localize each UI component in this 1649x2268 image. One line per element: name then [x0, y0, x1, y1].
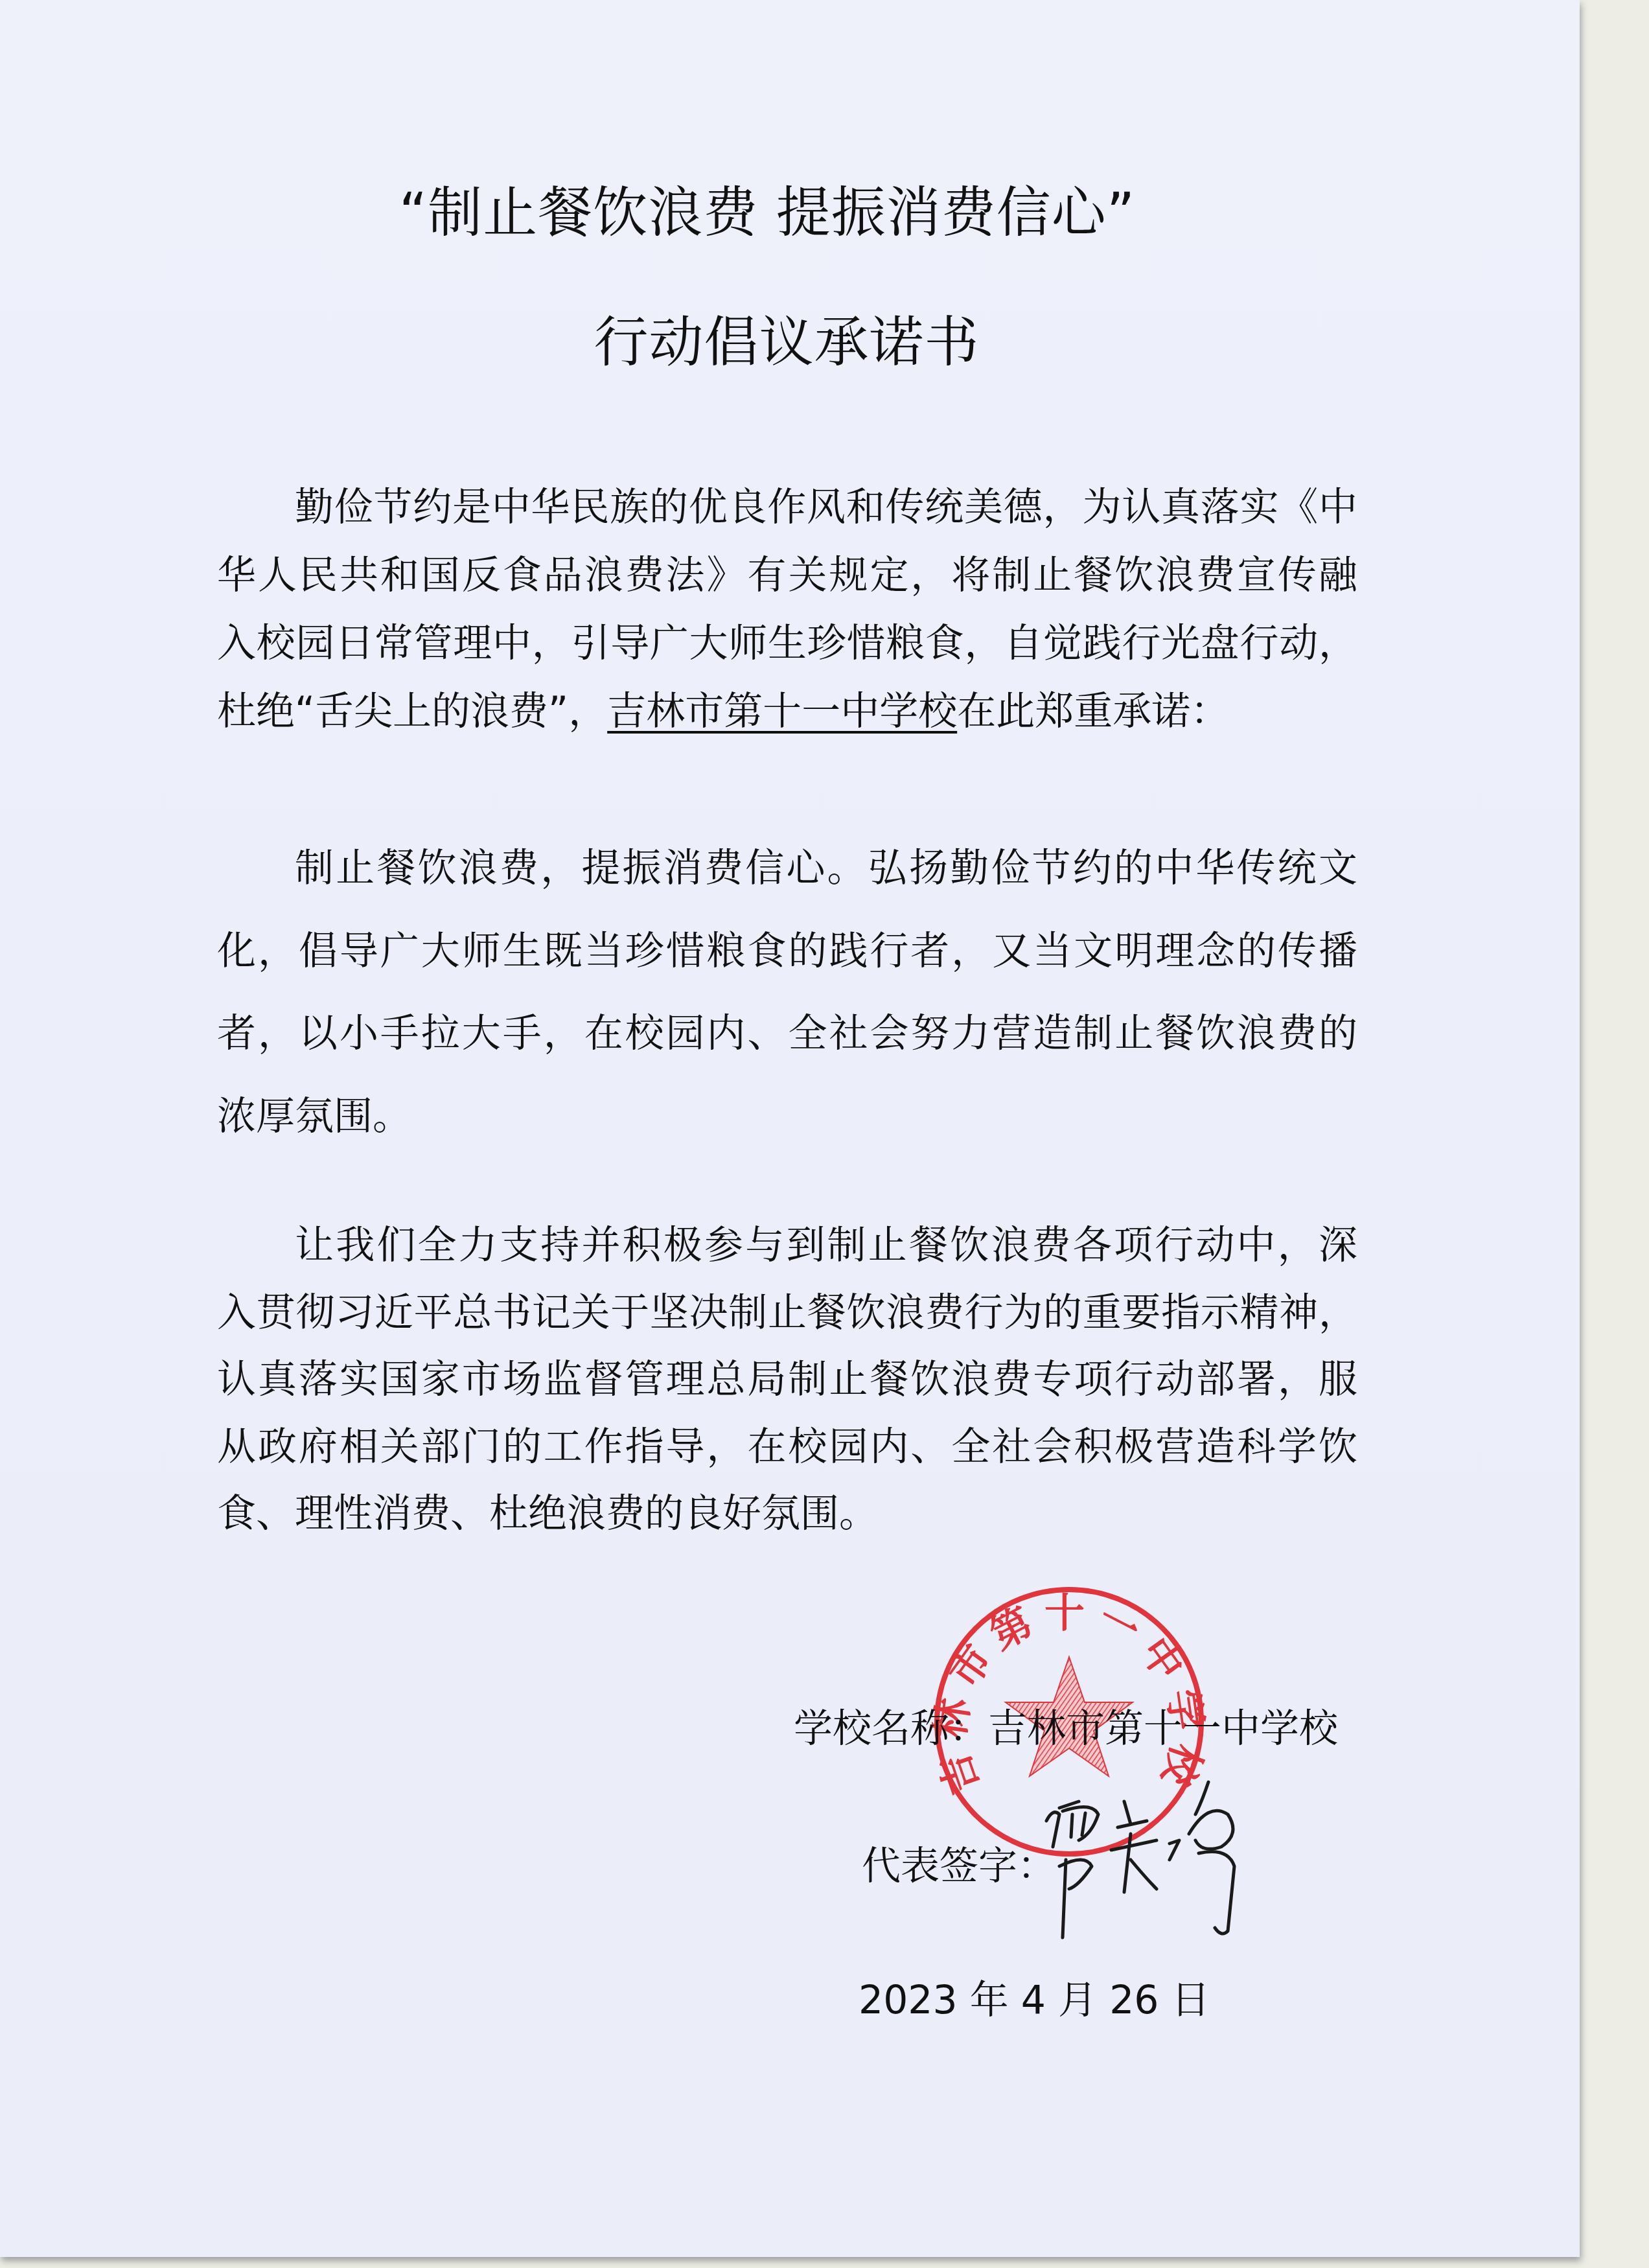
paragraph-line: 杜绝“舌尖上的浪费”，吉林市第十一中学校在此郑重承诺：	[217, 689, 1357, 734]
paragraph-line: 制止餐饮浪费，提振消费信心。弘扬勤俭节约的中华传统文	[295, 846, 1357, 891]
school-name-value: 吉林市第十一中学校	[988, 1706, 1338, 1752]
school-name-underlined: 吉林市第十一中学校	[607, 689, 957, 734]
school-name-row: 学校名称：吉林市第十一中学校	[794, 1706, 1338, 1752]
document-page: “制止餐饮浪费 提振消费信心” 行动倡议承诺书 勤俭节约是中华民族的优良作风和传…	[0, 0, 1580, 2257]
paragraph-line: 入校园日常管理中，引导广大师生珍惜粮食，自觉践行光盘行动，	[217, 621, 1357, 666]
paragraph-line: 入贯彻习近平总书记关于坚决制止餐饮浪费行为的重要指示精神，	[217, 1290, 1357, 1336]
representative-label: 代表签字：	[862, 1844, 1056, 1889]
date: 2023 年 4 月 26 日	[859, 1978, 1210, 2023]
handwritten-signature	[1033, 1776, 1267, 1944]
representative-signature-row: 代表签字：	[862, 1844, 1056, 1889]
paragraph-line: 勤俭节约是中华民族的优良作风和传统美德，为认真落实《中	[295, 485, 1357, 530]
paragraph-line: 从政府相关部门的工作指导，在校园内、全社会积极营造科学饮	[217, 1424, 1357, 1470]
paragraph-line: 化，倡导广大师生既当珍惜粮食的践行者，又当文明理念的传播	[217, 929, 1357, 974]
paragraph-line: 让我们全力支持并积极参与到制止餐饮浪费各项行动中，深	[295, 1223, 1357, 1268]
text-suffix: 在此郑重承诺：	[957, 689, 1229, 734]
document-title-line-2: 行动倡议承诺书	[0, 310, 1576, 375]
scanner-bed-background	[1580, 0, 1649, 2268]
paragraph-line: 食、理性消费、杜绝浪费的良好氛围。	[217, 1491, 1357, 1536]
paragraph-line: 认真落实国家市场监督管理总局制止餐饮浪费专项行动部署，服	[217, 1357, 1357, 1402]
school-name-label: 学校名称：	[794, 1706, 988, 1752]
text-prefix: 杜绝“舌尖上的浪费”，	[217, 689, 607, 734]
paragraph-line: 华人民共和国反食品浪费法》有关规定，将制止餐饮浪费宣传融	[217, 553, 1357, 598]
paragraph-line: 浓厚氛围。	[217, 1094, 1357, 1139]
paragraph-line: 者，以小手拉大手，在校园内、全社会努力营造制止餐饮浪费的	[217, 1011, 1357, 1056]
document-title-line-1: “制止餐饮浪费 提振消费信心”	[0, 180, 1557, 245]
